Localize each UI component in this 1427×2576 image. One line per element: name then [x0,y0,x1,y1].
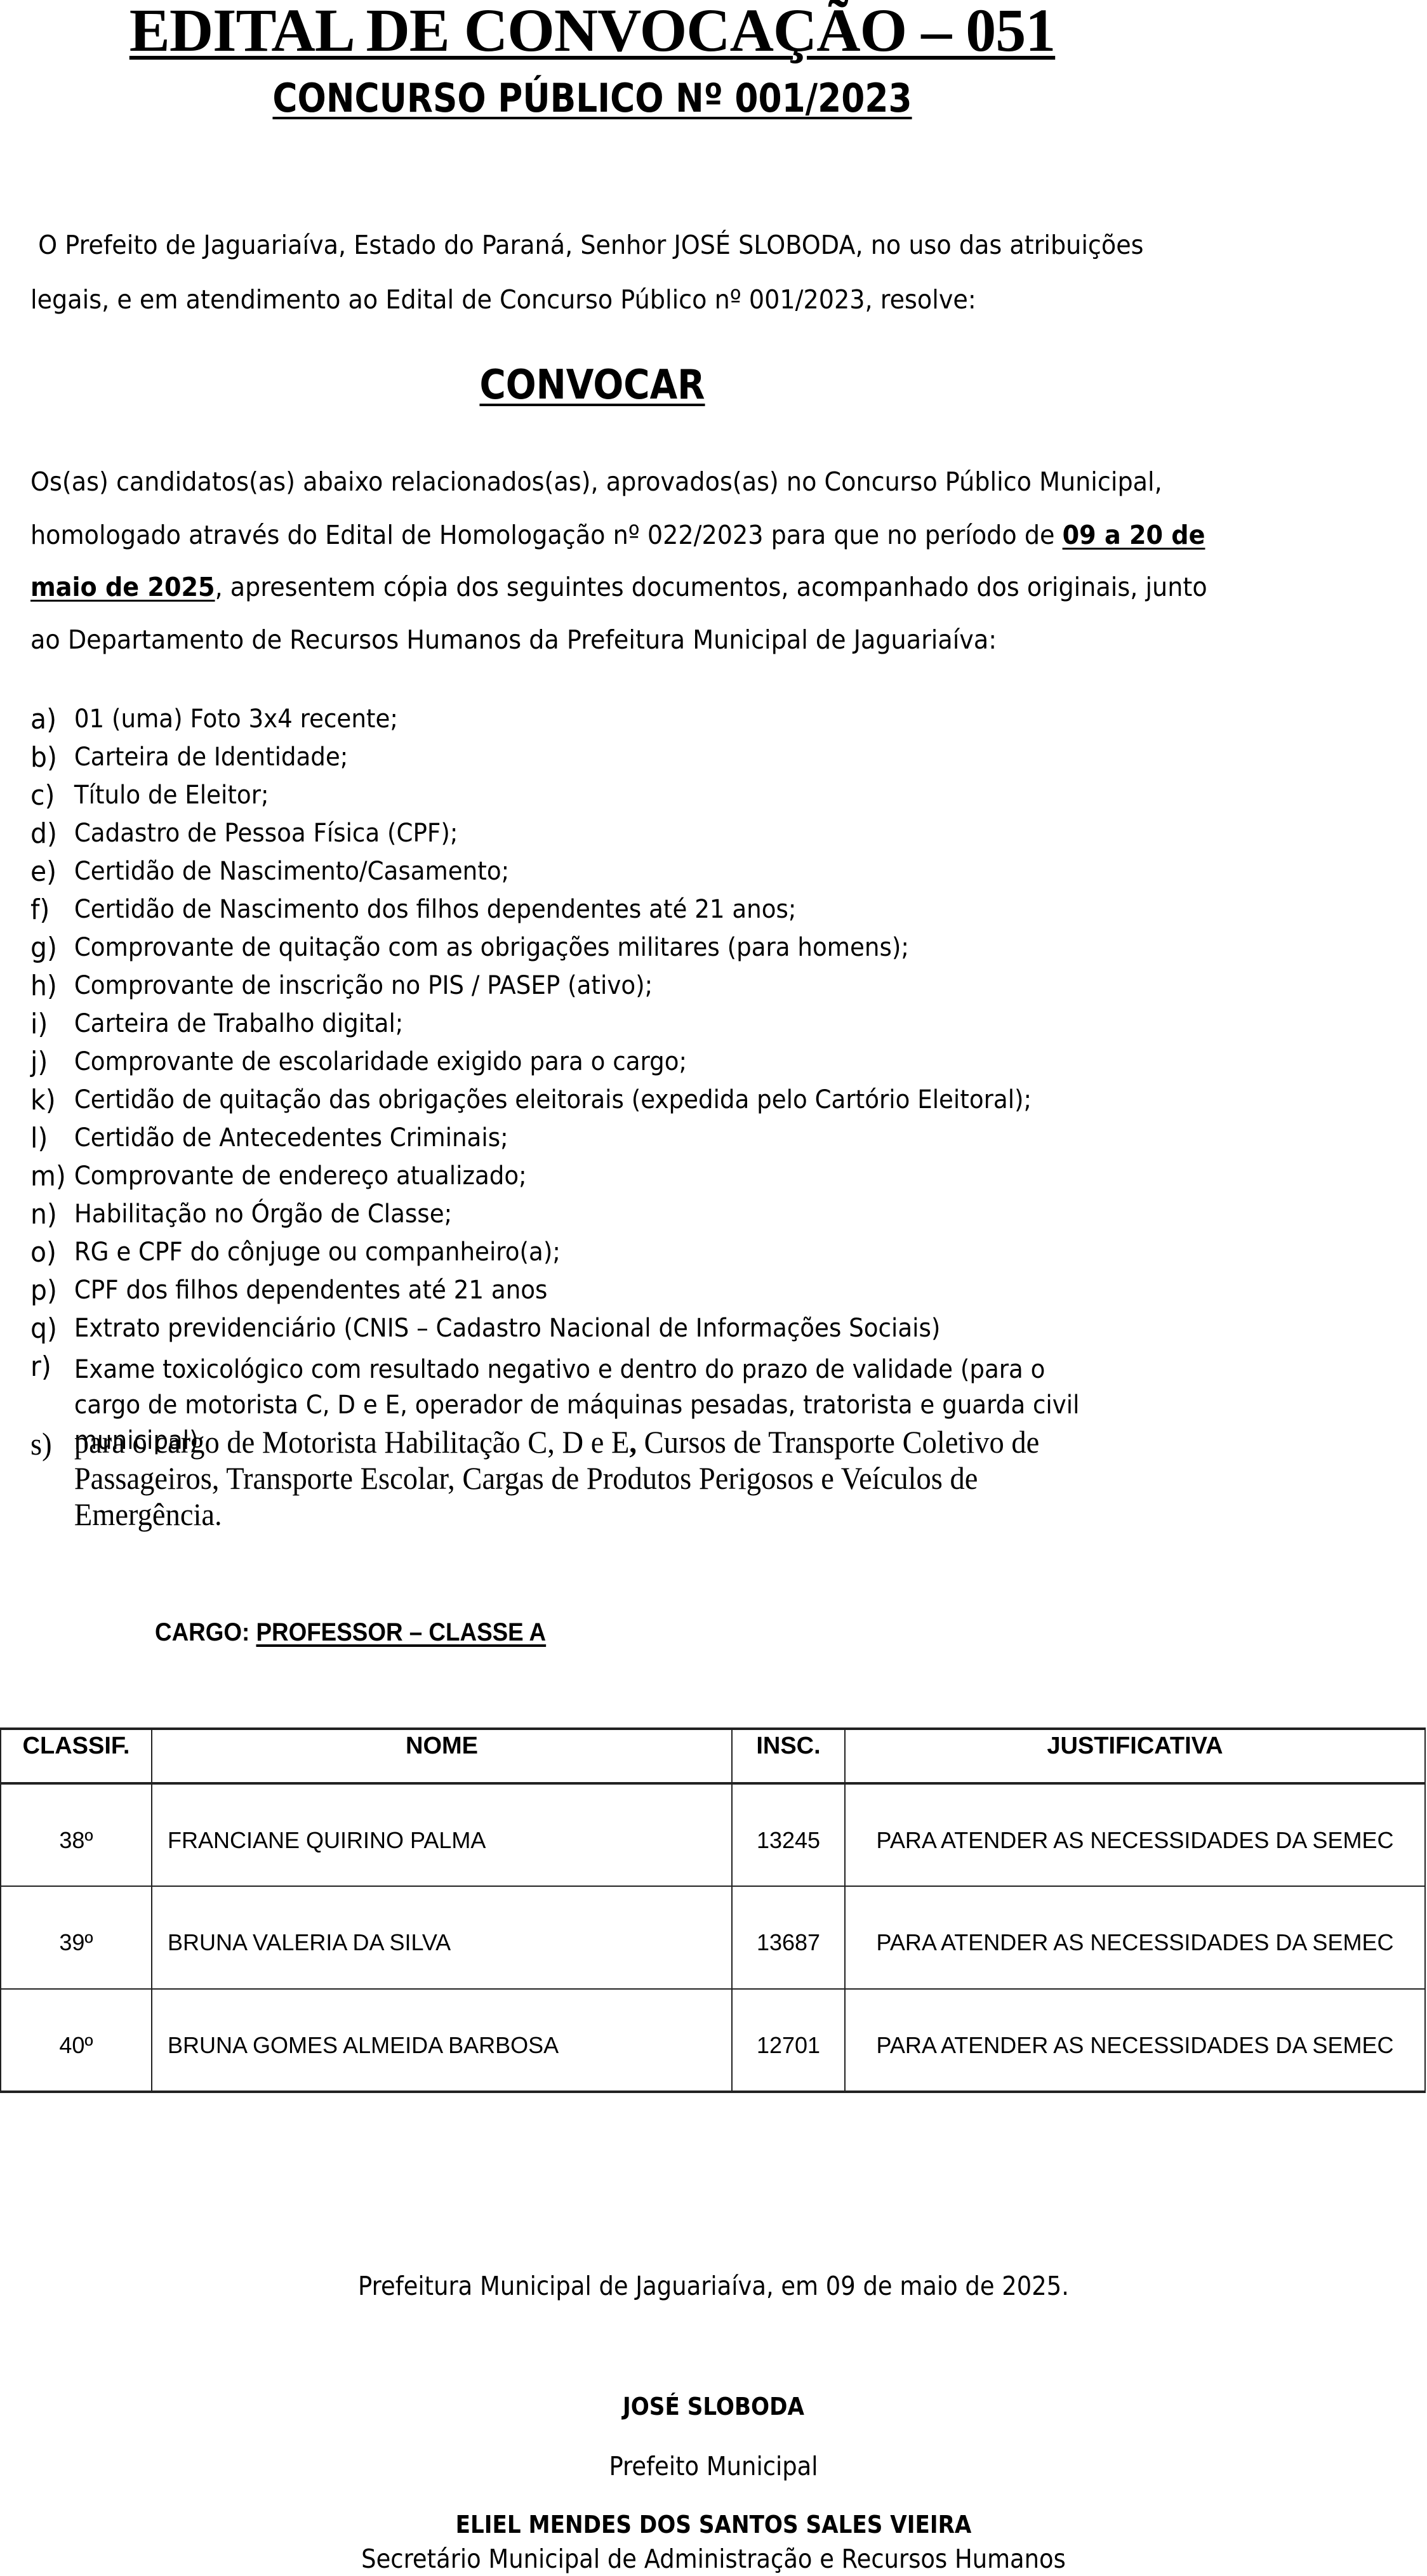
header-nome: NOME [152,1729,732,1783]
list-letter: a) [30,703,56,736]
list-letter: e) [30,855,56,888]
list-item: a)01 (uma) Foto 3x4 recente; [30,703,1093,741]
cell-nome: BRUNA GOMES ALMEIDA BARBOSA [152,1989,732,2092]
signer-2-name: ELIEL MENDES DOS SANTOS SALES VIEIRA [71,2511,1355,2539]
required-documents-list: a)01 (uma) Foto 3x4 recente; b)Carteira … [30,703,1093,1529]
list-letter: i) [30,1008,48,1040]
list-item: k)Certidão de quitação das obrigações el… [30,1084,1093,1122]
cargo-value: PROFESSOR – CLASSE A [256,1618,546,1646]
list-letter: p) [30,1274,57,1307]
paragraph-line-3-text: , apresentem cópia dos seguintes documen… [215,572,1207,602]
paragraph-line-1: Os(as) candidatos(as) abaixo relacionado… [30,466,1157,497]
cell-insc: 13245 [732,1783,845,1886]
cell-classif: 39º [1,1886,152,1989]
list-text: Carteira de Trabalho digital; [74,1009,404,1038]
list-item: p)CPF dos filhos dependentes até 21 anos [30,1274,1093,1312]
list-item: m)Comprovante de endereço atualizado; [30,1160,1093,1198]
list-letter: q) [30,1312,57,1345]
cell-classif: 38º [1,1783,152,1886]
list-text: CPF dos filhos dependentes até 21 anos [74,1276,548,1305]
cell-nome: FRANCIANE QUIRINO PALMA [152,1783,732,1886]
cell-justificativa: PARA ATENDER AS NECESSIDADES DA SEMEC [845,1989,1425,2092]
list-letter: c) [30,779,55,812]
table-row: 39º BRUNA VALERIA DA SILVA 13687 PARA AT… [1,1886,1425,1989]
list-text: Certidão de Antecedentes Criminais; [74,1123,508,1153]
list-letter: o) [30,1236,56,1269]
list-text: Comprovante de quitação com as obrigaçõe… [74,933,909,962]
list-letter: l) [30,1122,48,1154]
cell-classif: 40º [1,1989,152,2092]
list-letter: s) [30,1425,52,1462]
signer-2-role: Secretário Municipal de Administração e … [71,2544,1355,2574]
paragraph-line-2-text: homologado através do Edital de Homologa… [30,520,1063,550]
list-letter: k) [30,1084,56,1116]
list-text: Título de Eleitor; [74,781,269,810]
cell-insc: 12701 [732,1989,845,2092]
list-text: Habilitação no Órgão de Classe; [74,1199,452,1229]
list-letter: m) [30,1160,66,1192]
table-row: 38º FRANCIANE QUIRINO PALMA 13245 PARA A… [1,1783,1425,1886]
paragraph-line-2: homologado através do Edital de Homologa… [30,520,1079,550]
period-start: 09 a 20 de [1063,520,1205,550]
list-text: Extrato previdenciário (CNIS – Cadastro … [74,1314,941,1343]
document-subtitle: CONCURSO PÚBLICO Nº 001/2023 [83,75,1102,121]
document-title: EDITAL DE CONVOCAÇÃO – 051 [0,0,1185,65]
list-letter: d) [30,817,57,850]
list-letter: j) [30,1046,48,1078]
cell-nome: BRUNA VALERIA DA SILVA [152,1886,732,1989]
paragraph-line-3: maio de 2025, apresentem cópia dos segui… [30,572,1079,602]
list-item: i)Carteira de Trabalho digital; [30,1008,1093,1046]
cell-insc: 13687 [732,1886,845,1989]
list-text-bold: , [629,1424,637,1460]
header-justificativa: JUSTIFICATIVA [845,1729,1425,1783]
list-item: o)RG e CPF do cônjuge ou companheiro(a); [30,1236,1093,1274]
list-item: e)Certidão de Nascimento/Casamento; [30,855,1093,894]
header-insc: INSC. [732,1729,845,1783]
list-item: c)Título de Eleitor; [30,779,1093,817]
period-end: maio de 2025 [30,572,215,602]
list-item: b)Carteira de Identidade; [30,741,1093,779]
list-text: Carteira de Identidade; [74,743,348,772]
signer-1-name: JOSÉ SLOBODA [71,2393,1355,2421]
list-text: Comprovante de inscrição no PIS / PASEP … [74,971,653,1000]
cargo-line: CARGO: PROFESSOR – CLASSE A [155,1618,546,1647]
list-text: Certidão de Nascimento dos filhos depend… [74,895,797,924]
list-letter: h) [30,970,57,1002]
cell-justificativa: PARA ATENDER AS NECESSIDADES DA SEMEC [845,1886,1425,1989]
list-text: Certidão de Nascimento/Casamento; [74,857,509,886]
list-letter: g) [30,932,57,964]
list-item: j)Comprovante de escolaridade exigido pa… [30,1046,1093,1084]
list-text: Certidão de quitação das obrigações elei… [74,1085,1032,1114]
list-item: g)Comprovante de quitação com as obrigaç… [30,932,1093,970]
list-letter: f) [30,894,50,926]
signer-1-role: Prefeito Municipal [71,2451,1355,2481]
list-item: r)Exame toxicológico com resultado negat… [30,1351,1093,1422]
cell-justificativa: PARA ATENDER AS NECESSIDADES DA SEMEC [845,1783,1425,1886]
place-and-date: Prefeitura Municipal de Jaguariaíva, em … [71,2271,1355,2301]
list-letter: b) [30,741,57,774]
convocation-table: CLASSIF. NOME INSC. JUSTIFICATIVA 38º FR… [0,1727,1426,2093]
list-text: Comprovante de endereço atualizado; [74,1161,527,1191]
list-letter: n) [30,1198,57,1231]
convocar-heading: CONVOCAR [71,362,1113,409]
list-item: d)Cadastro de Pessoa Física (CPF); [30,817,1093,855]
list-text: Cadastro de Pessoa Física (CPF); [74,819,458,848]
list-text: para o cargo de Motorista Habilitação C,… [74,1424,1101,1533]
table-header-row: CLASSIF. NOME INSC. JUSTIFICATIVA [1,1729,1425,1783]
list-item: f)Certidão de Nascimento dos filhos depe… [30,894,1093,932]
list-item: l)Certidão de Antecedentes Criminais; [30,1122,1093,1160]
cargo-label: CARGO: [155,1618,256,1646]
list-item: q)Extrato previdenciário (CNIS – Cadastr… [30,1312,1093,1351]
table-row: 40º BRUNA GOMES ALMEIDA BARBOSA 12701 PA… [1,1989,1425,2092]
list-text: Comprovante de escolaridade exigido para… [74,1047,687,1076]
list-text-part: para o cargo de Motorista Habilitação C,… [74,1424,630,1460]
list-letter: r) [30,1351,51,1383]
intro-line-2: legais, e em atendimento ao Edital de Co… [30,284,976,315]
list-text: RG e CPF do cônjuge ou companheiro(a); [74,1238,561,1267]
list-item: n)Habilitação no Órgão de Classe; [30,1198,1093,1236]
intro-line-1: O Prefeito de Jaguariaíva, Estado do Par… [30,230,1079,260]
list-item: s)para o cargo de Motorista Habilitação … [30,1422,1093,1529]
list-text: 01 (uma) Foto 3x4 recente; [74,704,398,734]
header-classif: CLASSIF. [1,1729,152,1783]
list-item: h)Comprovante de inscrição no PIS / PASE… [30,970,1093,1008]
paragraph-line-4: ao Departamento de Recursos Humanos da P… [30,624,1079,655]
